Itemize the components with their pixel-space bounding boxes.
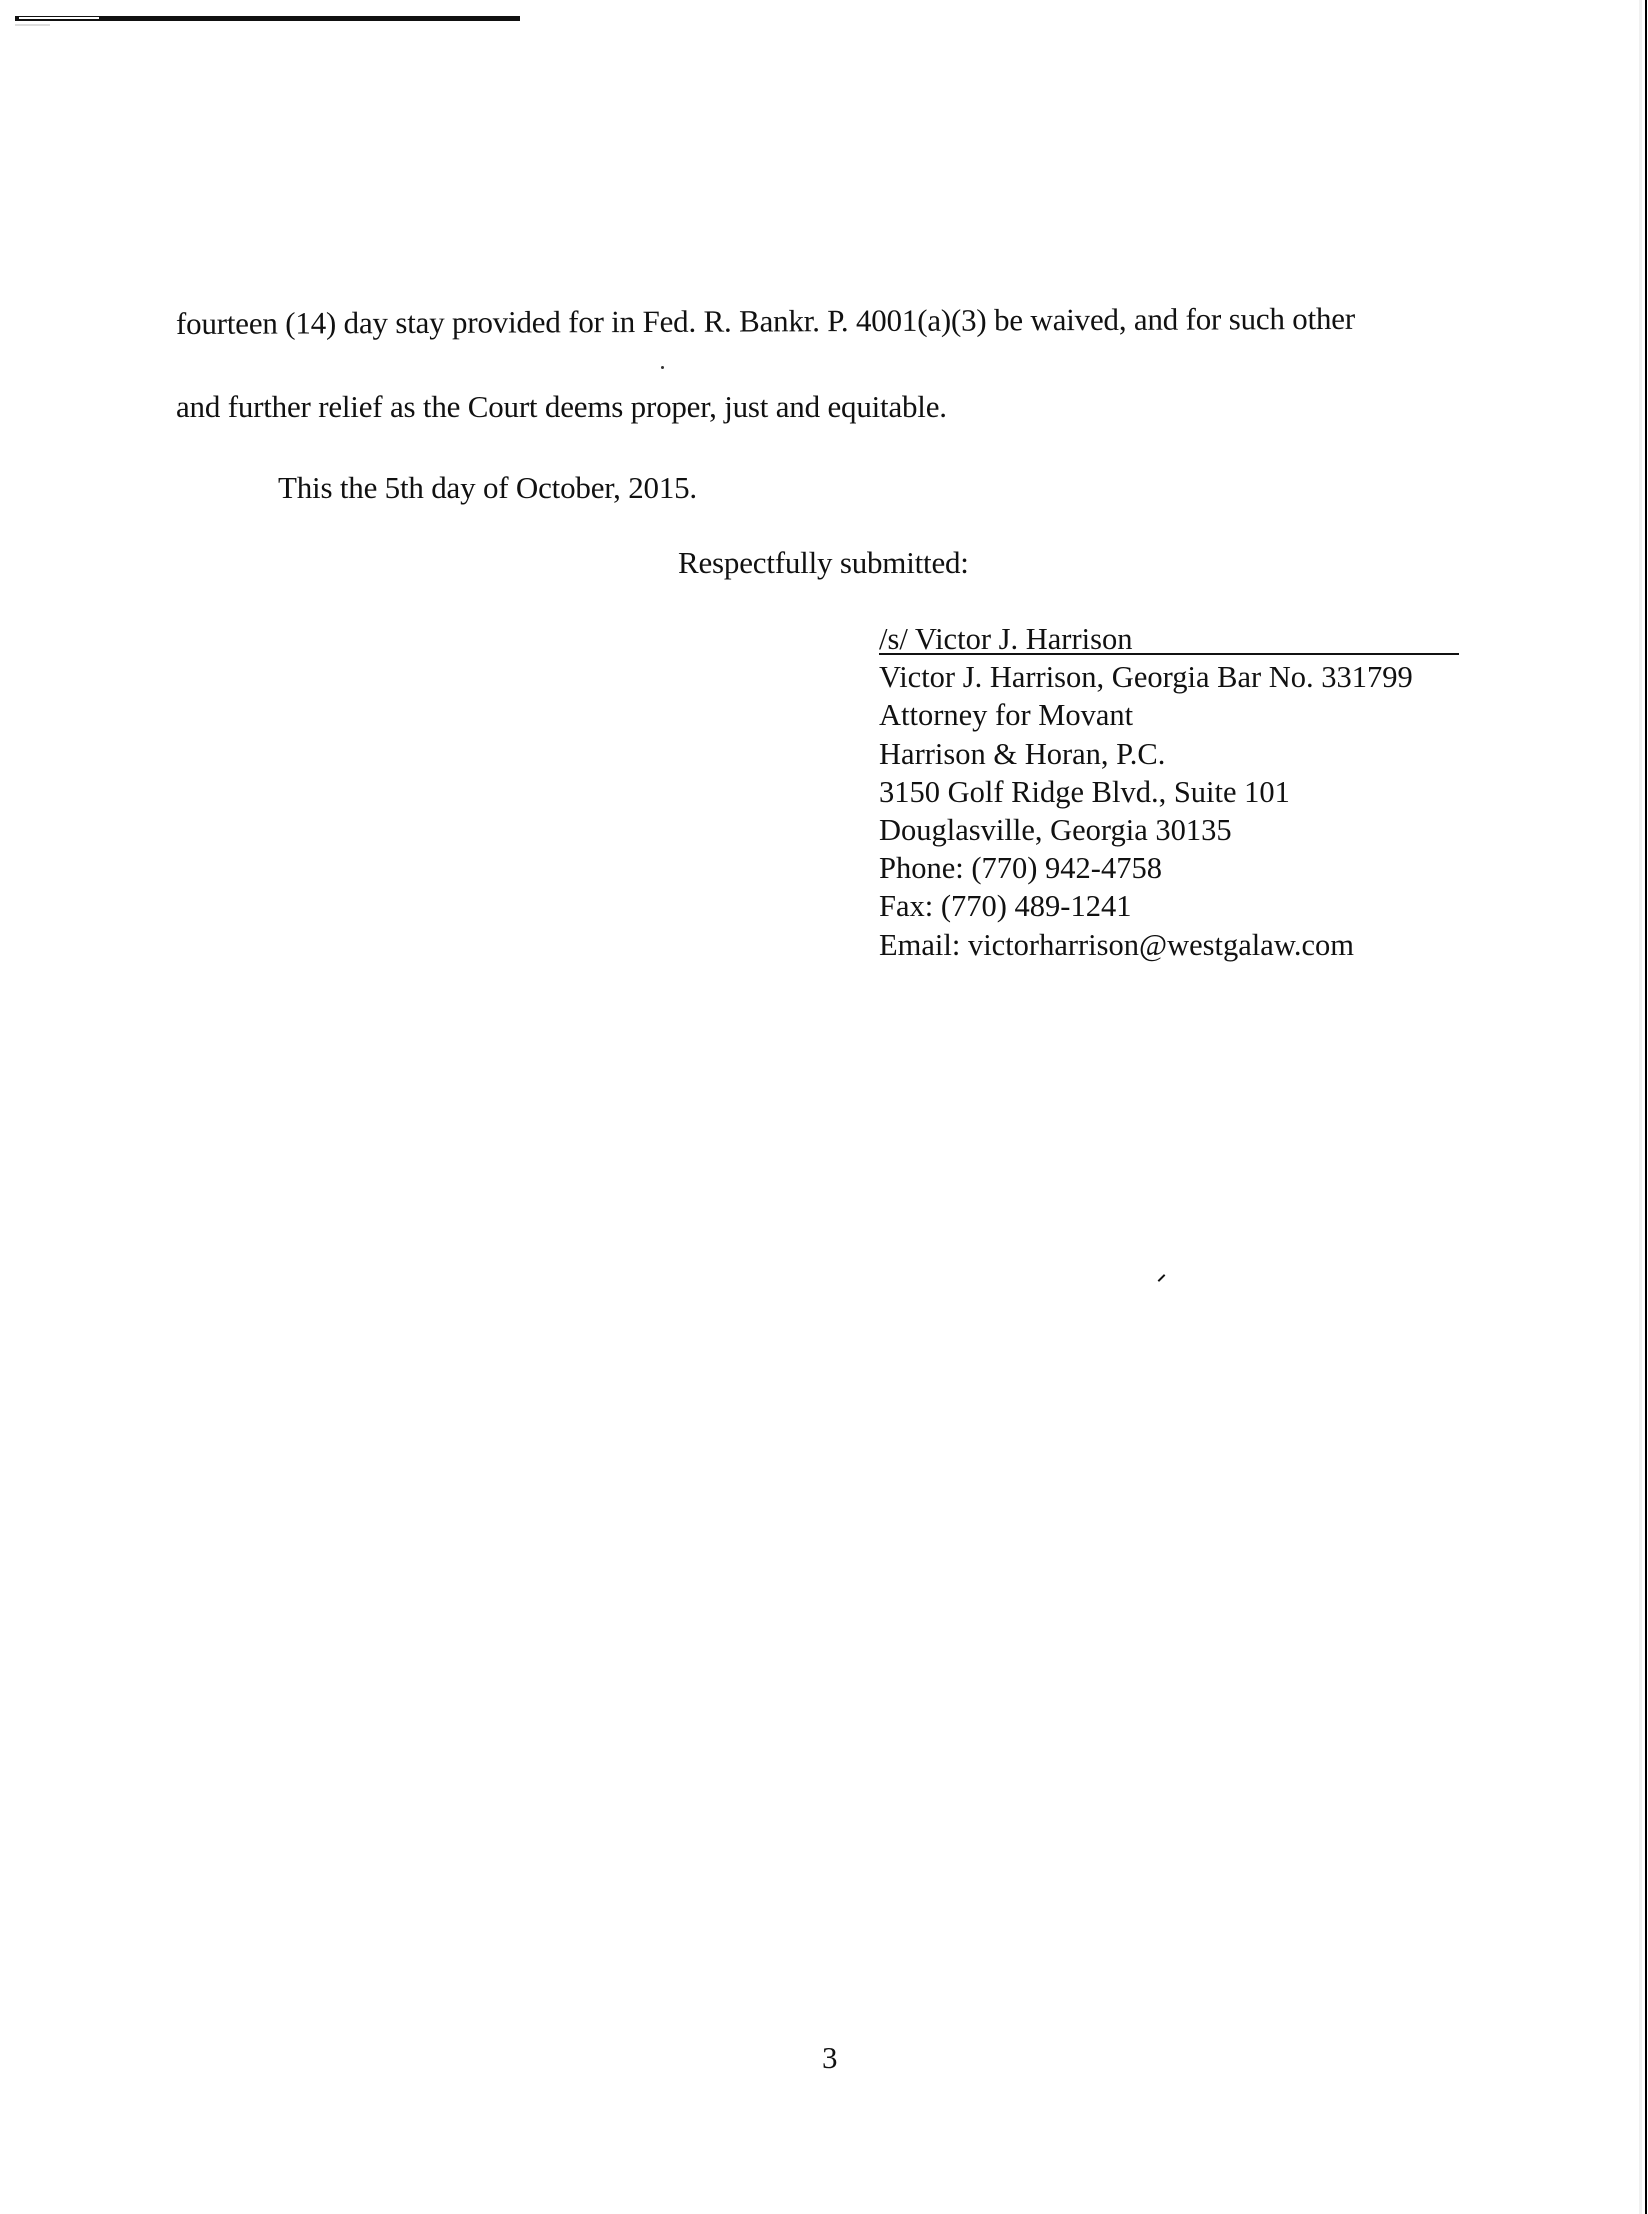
signature-line: /s/ Victor J. Harrison	[879, 620, 1459, 658]
phone-number: Phone: (770) 942-4758	[879, 849, 1459, 887]
signature-underline	[879, 653, 1459, 655]
body-paragraph-line-2: and further relief as the Court deems pr…	[176, 389, 947, 425]
scan-artifact-top-bar	[15, 16, 520, 21]
firm-name: Harrison & Horan, P.C.	[879, 735, 1459, 773]
body-paragraph-line-1: fourteen (14) day stay provided for in F…	[176, 301, 1355, 342]
fax-number: Fax: (770) 489-1241	[879, 887, 1459, 925]
scan-artifact-right-edge	[1645, 0, 1647, 2214]
street-address: 3150 Golf Ridge Blvd., Suite 101	[879, 773, 1459, 811]
attorney-name-bar-number: Victor J. Harrison, Georgia Bar No. 3317…	[879, 658, 1459, 696]
electronic-signature: /s/ Victor J. Harrison	[879, 622, 1132, 656]
scan-artifact-mark	[1158, 1274, 1166, 1282]
city-state-zip: Douglasville, Georgia 30135	[879, 811, 1459, 849]
scan-artifact-top-bar-faint	[15, 24, 50, 26]
date-line: This the 5th day of October, 2015.	[278, 470, 697, 506]
scan-artifact-right-edge-shadow	[1639, 0, 1642, 2214]
closing-line: Respectfully submitted:	[678, 545, 969, 581]
attorney-role: Attorney for Movant	[879, 696, 1459, 734]
page-number: 3	[822, 2040, 838, 2076]
email-address: Email: victorharrison@westgalaw.com	[879, 926, 1459, 964]
scan-artifact-dot	[661, 366, 664, 369]
signature-block: /s/ Victor J. Harrison Victor J. Harriso…	[879, 620, 1459, 964]
